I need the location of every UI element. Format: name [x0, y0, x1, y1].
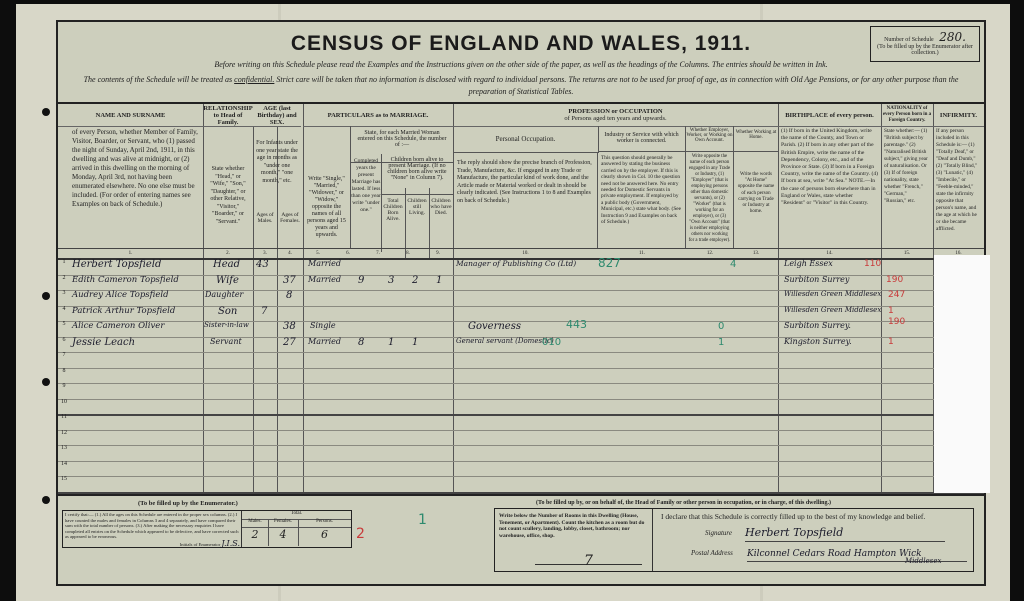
column-number: 9.	[436, 249, 440, 258]
person-name: Patrick Arthur Topsfield	[72, 306, 175, 316]
relationship: Daughter	[205, 290, 243, 299]
totals-table: Total. Males. Females. Persons. 2 4 6	[241, 511, 351, 547]
notice-text: The contents of the Schedule will be tre…	[84, 75, 235, 84]
enumerator-certification: I certify that:— (1.) All the ages on th…	[65, 512, 240, 548]
blank-patch	[934, 255, 990, 493]
occupation-code: 010	[542, 337, 561, 348]
table-row: 9	[58, 383, 984, 400]
birthplace: Leigh Essex	[784, 259, 833, 268]
marital-status: Single	[310, 321, 336, 330]
birthplace-code: 1	[888, 306, 894, 316]
certify-text: I certify that:— (1.) All the ages on th…	[65, 512, 239, 539]
industry-description: This question should generally be answer…	[598, 152, 686, 248]
children-living: 1	[412, 337, 418, 348]
employer-code: 0	[718, 321, 724, 332]
age-female: 37	[283, 275, 296, 286]
enumerator-label: (To be filled up by the Enumerator.)	[138, 500, 238, 507]
column-description: If any person included in this Schedule …	[933, 126, 984, 248]
marital-status: Married	[308, 337, 341, 346]
employer-header: Whether Employer, Worker, or Working on …	[686, 126, 734, 152]
birthplace: Kingston Surrey.	[784, 337, 852, 346]
birthplace-code: 110	[864, 259, 881, 269]
home-header: Whether Working at Home.	[734, 126, 778, 152]
children-living: 2	[412, 275, 418, 286]
table-row: 2 Edith Cameron Topsfield Wife 37 Marrie…	[58, 275, 984, 292]
occupation: Governess	[468, 321, 521, 332]
total-persons: 6	[298, 528, 351, 546]
occupation: Manager of Publishing Co (Ltd)	[456, 259, 576, 268]
table-row: 8	[58, 368, 984, 385]
row-number: 14	[58, 461, 70, 467]
person-name: Edith Cameron Topsfield	[72, 275, 179, 285]
enumerator-box: I certify that:— (1.) All the ages on th…	[62, 510, 352, 548]
postal-address-value: Kilconnel Cedars Road Hampton Wick	[747, 549, 922, 559]
person-name: Herbert Topsfield	[72, 259, 161, 270]
occupation-code: 827	[598, 256, 621, 270]
table-row: 7	[58, 352, 984, 369]
rooms-instructions: Write below the Number of Rooms in this …	[499, 513, 644, 539]
age-male: 43	[256, 259, 269, 270]
age-female: 8	[286, 290, 292, 301]
birthplace: Surbiton Surrey	[784, 275, 849, 284]
schedule-number-label: Number of Schedule	[884, 37, 934, 43]
column-number: 13.	[734, 249, 778, 258]
row-number: 3	[58, 290, 70, 296]
table-row: 13	[58, 445, 984, 462]
marital-status: Married	[308, 259, 341, 268]
column-header: RELATIONSHIP to Head of Family.	[203, 104, 253, 127]
row-number: 1	[58, 259, 70, 265]
column-number: 10.	[453, 249, 598, 258]
table-row: 14	[58, 461, 984, 478]
column-header: PARTICULARS as to MARRIAGE.	[303, 104, 453, 127]
birthplace: Surbiton Surrey.	[784, 321, 851, 330]
total-males: 2	[242, 528, 269, 546]
relationship: Servant	[210, 337, 242, 346]
signature-label: Signature	[705, 529, 732, 537]
children-total: 3	[388, 275, 394, 286]
postal-address-line2: Middlesex	[905, 557, 941, 565]
occupation-code: 443	[566, 318, 587, 331]
signature-value: Herbert Topsfield	[745, 526, 843, 539]
column-description: State whether "Head," or "Wife," "Son," …	[203, 126, 253, 248]
column-number: 8.	[406, 249, 410, 258]
column-description: State whether:— (1) "British subject by …	[881, 126, 933, 248]
schedule-number-box: Number of Schedule 280. (To be filled up…	[870, 26, 980, 62]
relationship: Sister-in-law	[204, 321, 249, 329]
punch-hole	[42, 378, 50, 386]
punch-hole	[42, 108, 50, 116]
marital-status-description: Write "Single," "Married," "Widower," or…	[303, 126, 351, 248]
table-row: 4 Patrick Arthur Topsfield Son 7 Willesd…	[58, 306, 984, 323]
females-label: Females.	[268, 519, 299, 528]
household-table: NAME AND SURNAME of every Person, whethe…	[58, 102, 984, 494]
row-number: 15	[58, 476, 70, 482]
personal-occupation-header: Personal Occupation.	[453, 126, 599, 153]
form-title: CENSUS OF ENGLAND AND WALES, 1911.	[58, 32, 984, 56]
head-of-family-label: (To be filled up by, or on behalf of, th…	[536, 500, 831, 506]
males-label: Males.	[242, 519, 269, 528]
rooms-field: Write below the Number of Rooms in this …	[495, 509, 653, 571]
age-female: 27	[283, 337, 296, 348]
children-died: 1	[436, 275, 442, 286]
table-row: 3 Audrey Alice Topsfield Daughter 8 Will…	[58, 290, 984, 307]
table-row: 6 Jessie Leach Servant 27 Married 8 1 1 …	[58, 337, 984, 354]
employer-code: 1	[718, 337, 724, 348]
employer-code: 4	[730, 259, 736, 270]
row-number: 4	[58, 306, 70, 312]
years-married: 9	[358, 275, 364, 286]
confidential-word: confidential.	[234, 75, 274, 84]
column-number: 7.	[376, 249, 380, 258]
table-row: 1 Herbert Topsfield Head 43 Married Mana…	[58, 259, 984, 276]
person-name: Jessie Leach	[72, 337, 135, 348]
row-number: 2	[58, 275, 70, 281]
signature-field: Herbert Topsfield	[745, 523, 945, 542]
table-row: 15	[58, 476, 984, 494]
row-number: 13	[58, 445, 70, 451]
initials-label: Initials of Enumerator	[180, 542, 221, 547]
schedule-number-value: 280.	[939, 30, 966, 44]
rooms-value: 7	[535, 558, 642, 566]
birthplace-code: 190	[886, 275, 903, 285]
column-header: AGE (last Birthday) and SEX.	[253, 104, 301, 127]
birthplace-code: 247	[888, 290, 905, 300]
column-number: 5.	[316, 249, 320, 258]
row-number: 8	[58, 368, 70, 374]
children-total: 1	[388, 337, 394, 348]
postal-address-label: Postal Address	[691, 549, 733, 557]
head-of-family-box: Write below the Number of Rooms in this …	[494, 508, 974, 572]
declaration-text: I declare that this Schedule is correctl…	[661, 512, 925, 521]
column-header: BIRTHPLACE of every person.	[778, 104, 881, 127]
row-number: 7	[58, 352, 70, 358]
instructions-line: Before writing on this Schedule please r…	[58, 60, 984, 69]
confidential-notice: The contents of the Schedule will be tre…	[68, 74, 974, 98]
birthplace-code: 190	[888, 317, 905, 327]
subheader-females: Ages of Females.	[277, 212, 303, 224]
table-row: 5 Alice Cameron Oliver Sister-in-law 38 …	[58, 321, 984, 338]
profession-title: PROFESSION or OCCUPATION	[568, 108, 662, 115]
relationship: Son	[218, 306, 237, 317]
notice-text: Strict care will be taken that no inform…	[274, 75, 958, 96]
census-form: CENSUS OF ENGLAND AND WALES, 1911. Befor…	[56, 20, 986, 586]
punch-hole	[42, 292, 50, 300]
age-female: 38	[283, 321, 296, 332]
birthplace-code: 1	[888, 337, 894, 347]
occupation: General servant (Domestic)	[456, 337, 554, 345]
enumerator-initials: J.I.S.	[221, 539, 240, 548]
column-description: (1) If born in the United Kingdom, write…	[778, 126, 881, 248]
punch-hole	[42, 496, 50, 504]
row-number: 6	[58, 337, 70, 343]
row-number: 10	[58, 399, 70, 405]
schedule-number-note: (To be filled up by the Enumerator after…	[875, 44, 975, 56]
bottom-section: (To be filled up by the Enumerator.) I c…	[58, 494, 984, 586]
column-number: 12.	[686, 249, 734, 258]
column-description: of every Person, whether Member of Famil…	[58, 126, 203, 248]
relationship: Wife	[216, 275, 239, 286]
column-header: PROFESSION or OCCUPATIONof Persons aged …	[453, 104, 778, 127]
relationship: Head	[213, 259, 240, 270]
red-tally-mark: 2	[356, 526, 365, 542]
column-number: 6.	[346, 249, 350, 258]
years-married: 8	[358, 337, 364, 348]
age-male: 7	[261, 306, 267, 317]
birthplace: Willesden Green Middlesex	[784, 290, 881, 298]
column-header: NAME AND SURNAME	[58, 104, 203, 127]
column-header: INFIRMITY.	[933, 104, 984, 127]
person-name: Audrey Alice Topsfield	[72, 290, 169, 300]
total-females: 4	[268, 528, 299, 546]
table-row: 11	[58, 414, 984, 431]
table-row: 12	[58, 430, 984, 447]
personal-occupation-description: The reply should show the precise branch…	[453, 152, 598, 248]
profession-subtitle: of Persons aged ten years and upwards.	[564, 115, 666, 122]
row-number: 5	[58, 321, 70, 327]
subheader-males: Ages of Males.	[253, 212, 277, 224]
home-description: Write the words "At Home" opposite the n…	[734, 152, 778, 248]
column-header: NATIONALITY of every Person born in a Fo…	[881, 104, 933, 127]
person-name: Alice Cameron Oliver	[72, 321, 164, 331]
employer-description: Write opposite the name of each person e…	[686, 152, 734, 248]
row-number: 11	[58, 414, 70, 420]
marital-status: Married	[308, 275, 341, 284]
green-tally-mark: 1	[418, 512, 427, 528]
row-number: 12	[58, 430, 70, 436]
persons-label: Persons.	[298, 519, 351, 528]
years-married-description: Completed years the present Marriage has…	[351, 154, 382, 252]
birthplace: Willesden Green Middlesex	[784, 306, 881, 314]
row-number: 9	[58, 383, 70, 389]
industry-header: Industry or Service with which worker is…	[598, 126, 686, 152]
